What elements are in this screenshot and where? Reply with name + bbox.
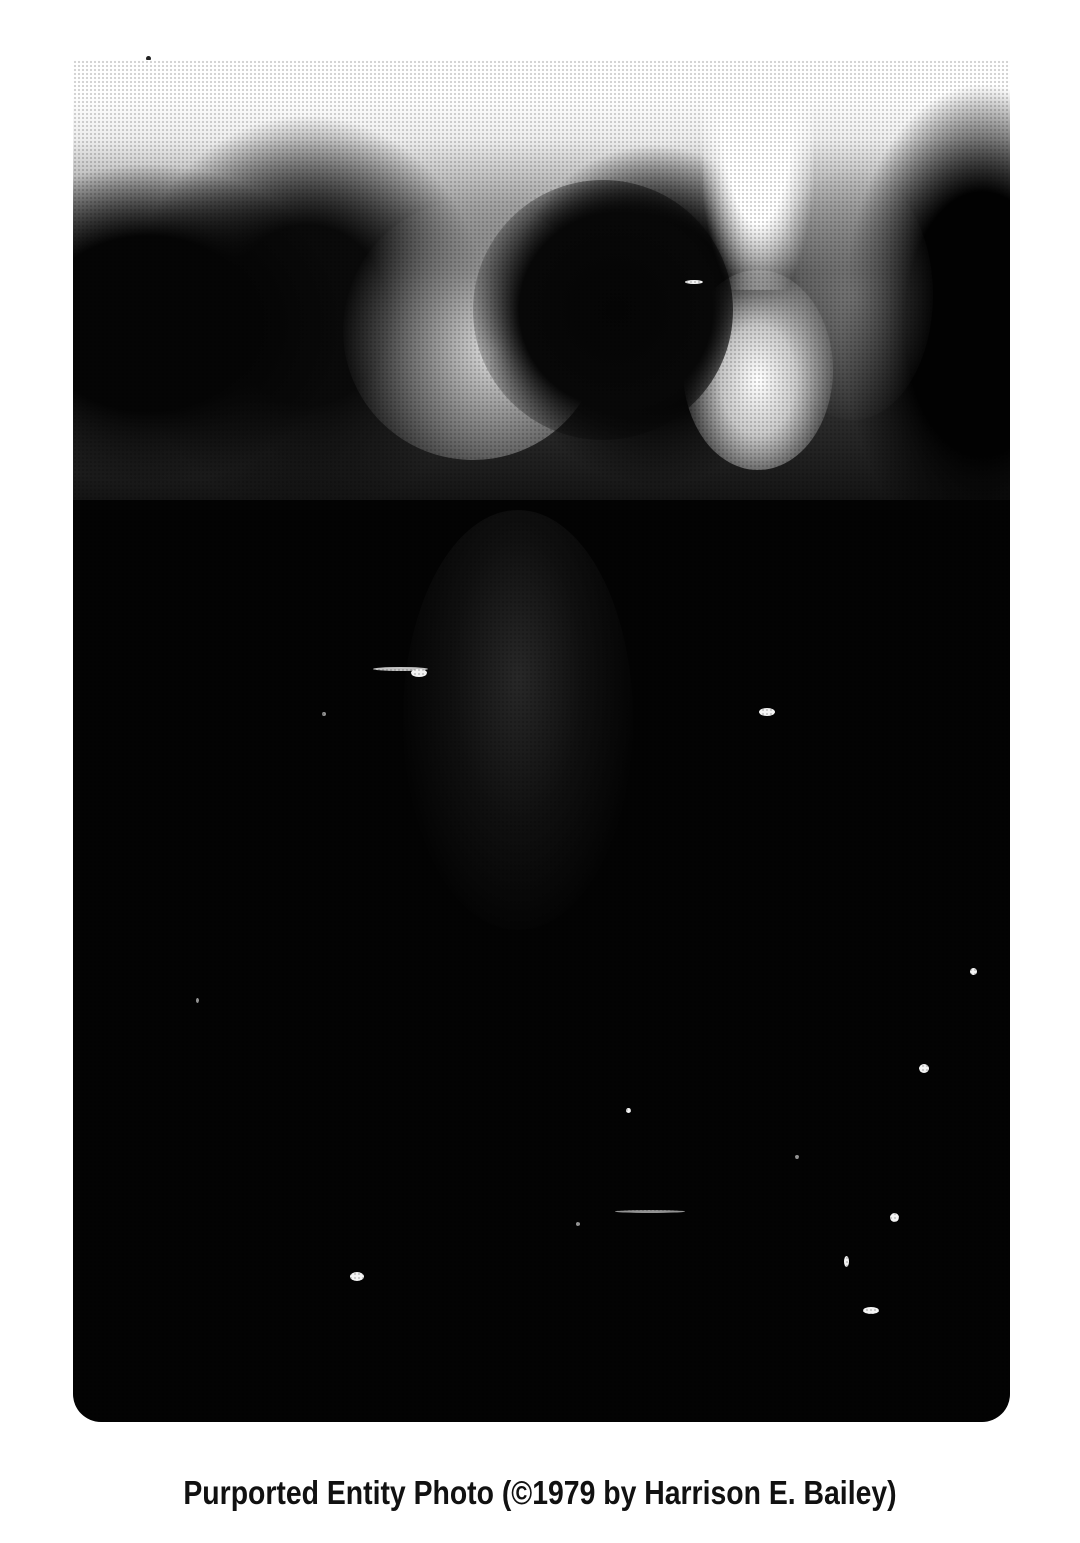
light-speck [411, 669, 427, 677]
light-speck [919, 1064, 929, 1073]
light-speck [196, 998, 199, 1003]
light-speck [322, 712, 326, 716]
light-speck [844, 1256, 849, 1267]
light-speck [863, 1307, 879, 1314]
light-speck [970, 968, 977, 975]
dark-head-shape [473, 180, 733, 440]
light-speck [759, 708, 775, 716]
entity-photo [73, 60, 1010, 1422]
light-speck [626, 1108, 631, 1113]
light-speck [350, 1272, 364, 1281]
light-speck [685, 280, 703, 284]
faint-body-shape [403, 510, 633, 930]
photo-caption: Purported Entity Photo (©1979 by Harriso… [76, 1474, 1005, 1512]
light-speck [576, 1222, 580, 1226]
light-speck [890, 1213, 899, 1222]
light-speck [615, 1210, 685, 1213]
light-speck [795, 1155, 799, 1159]
